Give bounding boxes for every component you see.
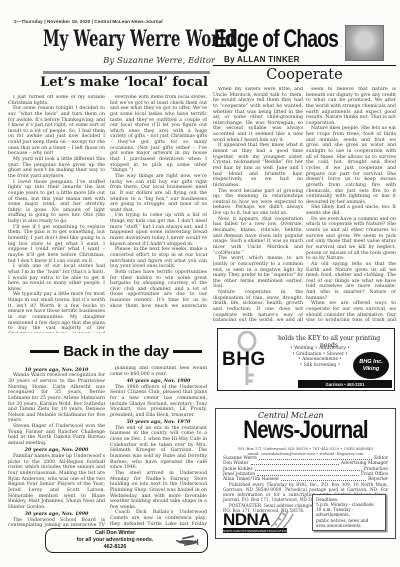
paragraph: everyone with items from local stores, b… [110,95,207,174]
newspaper-page: 2—Thursday | November 19, 2020 | Central… [0,0,400,567]
right-article-column-1: When my sisters were little, and Uncle M… [213,87,303,321]
left-article-column-2: everyone with items from local stores, b… [110,95,207,307]
paragraph: planning and consultant fees would come … [110,366,207,377]
masthead-divider-bar [43,71,210,74]
bhg-ad-phone-bar: Garrison • 463-2201 [298,380,392,388]
paragraph: I wish one of our local stores had what … [8,264,105,292]
paragraph: For some reason tonight I decided to say… [8,106,105,157]
bhg-inc-viking-badge: BHG Inc. Viking [353,352,389,379]
wheat-icon [269,507,295,529]
staff-name: Allan Tinker/Tim Hansen [223,477,279,482]
right-column-masthead-title: Edge of Chaos [214,25,338,54]
left-article-column-1: I just turned off some of my outside Chr… [8,95,105,333]
paragraph: My yard will look a little different thi… [8,157,105,180]
paragraph: Nature likes people. She lets us eat her… [306,126,396,205]
back-in-the-day-title: Back in the day [63,343,169,360]
paragraph: The word became part of growing up, the … [213,189,303,217]
dotted-leader [259,459,372,460]
paragraph: seem to believe that nature is beneath o… [306,87,396,126]
badge-line-2: Viking [363,366,380,372]
paragraph: The way things are right now, we’re luck… [110,174,207,213]
paragraph: Now, it appears, that cooperation has fa… [213,217,303,256]
paragraph: When my sisters were little, and Uncle M… [213,87,303,143]
back-in-the-day-column-2: planning and consultant fees would come … [110,366,207,526]
staff-list: Suzanne WerreEditorDon WinterAdvertising… [223,456,388,482]
staff-role: Reporter [368,477,388,482]
page-header: 2—Thursday | November 19, 2020 | Central… [14,19,163,24]
back-in-the-day-column-1: 10 years ago, Nov. 2010Wanda Walch recei… [8,366,105,527]
right-article-headline: Cooperate [213,67,396,83]
header-rule-right [173,350,202,353]
dotted-leader [257,475,359,476]
ad-line-2: for all your advertising needs. [60,537,170,544]
paragraph: I loved those penguins. I’ve stuffed lig… [8,180,105,225]
newspaper-masthead-box: Central McLean News-Journal P.O. Box 171… [215,408,396,539]
left-column-byline: By Suzanne Werre, Editor [95,56,215,66]
dotted-leader [251,464,339,465]
paragraph: Nature cooperates in the dispensation of… [213,290,303,321]
paragraph: Familiar names make up Underwood’s picks… [8,454,105,510]
paragraph: Steven Hager of Underwood won the Young … [8,424,105,447]
back-in-the-day-header: Back in the day [30,343,202,360]
ad-phone: 462-8126 [60,544,170,551]
staff-row: Allan Tinker/Tim HansenReporter [223,477,388,482]
bhg-logo-text: BHG [222,349,266,371]
paragraph: It appeared that they knew what it meant… [213,143,303,188]
paragraph: The steel arrived in Underwood Monday fo… [110,471,207,510]
masthead-big-title: News-Journal [232,416,379,445]
advertising-contact-ad: Call Don Winter for all your advertising… [45,528,208,553]
paragraph: When we are offered ways to cooperate fo… [306,301,396,321]
bhg-printing-ad: BHG holds the KEY to all your printing n… [217,328,395,391]
deadlines-lines: 5 p.m. Monday - classifieds10 a.m. Tuesd… [316,502,382,528]
paragraph: The end of an era in the restaurant busi… [110,426,207,471]
left-article-headline: Let’s make ‘local’ focal [30,75,218,90]
paragraph: An old saying tells us that the Earth an… [306,262,396,301]
paragraph: Wanda Walch received recognition for 30 … [8,373,105,424]
paragraph: We typically pay a little more for most … [8,292,105,333]
paragraph: area announcements. [316,523,382,528]
paragraph: The 1980 officers of the Underwood Senio… [110,385,207,419]
paragraph: She likely had a good uncle, too. It see… [306,205,396,216]
paragraph: I’m trying to come up with a list of thi… [110,213,207,247]
author-photo [345,25,384,61]
paragraph: Please, in the next few weeks, make a co… [110,247,207,270]
paragraph: 10 a.m. Tuesday - advertisements, [316,507,382,518]
biplane-icon [172,533,202,550]
paragraph: The Underwood School Board is contemplat… [8,518,105,527]
paragraph: Coach Dick Ballalo’s Underwood Comets ar… [110,510,207,526]
ndna-logo: NDNA NORTH DAKOTA NEWSPAPER ASSOCIATION [223,511,295,533]
header-rule-left [30,350,59,353]
ad-line-1: Call Don Winter [60,530,170,537]
paragraph: I’ll see if I get something to replace t… [8,225,105,264]
right-column-byline: By ALLAN TINKER [224,55,300,64]
dotted-leader [281,480,366,481]
paragraph: Both cities have terrific opportunities … [110,270,207,307]
paragraph: The word, which means to act jointly or … [213,256,303,290]
dotted-leader [255,470,362,471]
left-column-masthead-title: My Weary Werre World [43,26,235,52]
paragraph: I just turned off some of my outside Chr… [8,95,105,106]
paragraph: Do we even have a common end on which to… [306,217,396,262]
right-article-column-2: seem to believe that nature is beneath o… [306,87,396,321]
deadlines-box: Deadlines: 5 p.m. Monday - classifieds10… [312,494,386,532]
